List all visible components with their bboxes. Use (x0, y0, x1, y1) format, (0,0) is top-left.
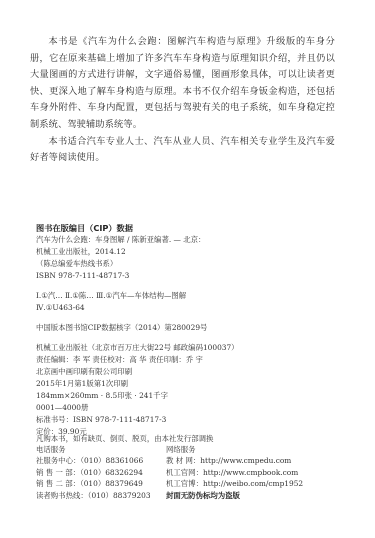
phone-number: （010）68326294 (80, 468, 143, 477)
phone-row: 销 售 二 部：（010）88379649 (36, 478, 166, 489)
service-block: 凡购本书，如有缺页、倒页、脱页，由本社发行部调换 电话服务 社服务中心：（010… (36, 433, 356, 501)
cip-isbn-line: ISBN 978-7-111-48717-3 (36, 270, 256, 282)
phone-label: 读者购书热线： (36, 491, 88, 500)
format-line: 184mm×260mm · 8.5印张 · 241千字 (36, 390, 256, 402)
phone-row: 读者购书热线：（010）88379203 (36, 490, 166, 501)
phone-number: （010）88379649 (80, 479, 143, 488)
phone-number: （010）88361066 (80, 456, 143, 465)
book-introduction: 本书是《汽车为什么会跑：图解汽车构造与原理》升级版的车身分册，它在原来基础上增加… (30, 34, 335, 167)
print-run-line: 0001—4000册 (36, 402, 256, 414)
printer-line: 北京画中画印刷有限公司印刷 (36, 366, 256, 378)
phone-label: 销 售 一 部： (36, 468, 80, 477)
network-service-heading: 网络服务 (166, 444, 346, 455)
publisher-line: 机械工业出版社（北京市百万庄大街22号 邮政编码100037） (36, 342, 256, 354)
phone-row: 销 售 一 部：（010）68326294 (36, 467, 166, 478)
network-row: 机工官网：http://www.cmpbook.com (166, 467, 346, 478)
cip-data-block: 图书在版编目（CIP）数据 汽车为什么会跑：车身图解 / 陈新亚编著. — 北京… (36, 222, 256, 438)
isbn-line: 标准书号：ISBN 978-7-111-48717-3 (36, 414, 256, 426)
network-label: 教 材 网： (166, 456, 200, 465)
intro-paragraph: 本书适合汽车专业人士、汽车从业人员、汽车相关专业学生及汽车爱好者等阅读使用。 (30, 134, 335, 167)
network-label: 机工官网： (166, 468, 203, 477)
cip-number: 中国版本图书馆CIP数据核字（2014）第280029号 (36, 322, 256, 334)
cip-title: 图书在版编目（CIP）数据 (36, 222, 256, 234)
cip-record-line: 机械工业出版社，2014.12 (36, 246, 256, 258)
network-label: 机工官博： (166, 479, 203, 488)
phone-service-heading: 电话服务 (36, 444, 166, 455)
phone-number: （010）88379203 (88, 491, 151, 500)
cip-record-line: （陈总编爱车热线书系） (36, 258, 256, 270)
cip-classification-line: Ⅰ.①汽… Ⅱ.①陈… Ⅲ.①汽车—车体结构—图解 (36, 290, 256, 302)
network-row: 机工官博：http://weibo.com/cmp1952 (166, 478, 346, 489)
network-service: 网络服务 教 材 网：http://www.cmpedu.com 机工官网：ht… (166, 444, 346, 501)
edition-line: 2015年1月第1版第1次印刷 (36, 378, 256, 390)
service-notice: 凡购本书，如有缺页、倒页、脱页，由本社发行部调换 (36, 433, 356, 444)
cip-record-line: 汽车为什么会跑：车身图解 / 陈新亚编著. — 北京： (36, 234, 256, 246)
network-url: http://weibo.com/cmp1952 (203, 479, 303, 488)
phone-label: 销 售 二 部： (36, 479, 80, 488)
network-row: 教 材 网：http://www.cmpedu.com (166, 455, 346, 466)
network-url: http://www.cmpbook.com (203, 468, 298, 477)
phone-service: 电话服务 社服务中心：（010）88361066 销 售 一 部：（010）68… (36, 444, 166, 501)
phone-label: 社服务中心： (36, 456, 80, 465)
intro-paragraph: 本书是《汽车为什么会跑：图解汽车构造与原理》升级版的车身分册，它在原来基础上增加… (30, 34, 335, 134)
anti-counterfeit-notice: 封面无防伪标均为盗版 (166, 490, 346, 501)
cip-classification-line: Ⅳ.①U463-64 (36, 302, 256, 314)
network-url: http://www.cmpedu.com (200, 456, 291, 465)
editors-line: 责任编辑：李 军 责任校对：高 华 责任印制：乔 宇 (36, 354, 256, 366)
phone-row: 社服务中心：（010）88361066 (36, 455, 166, 466)
